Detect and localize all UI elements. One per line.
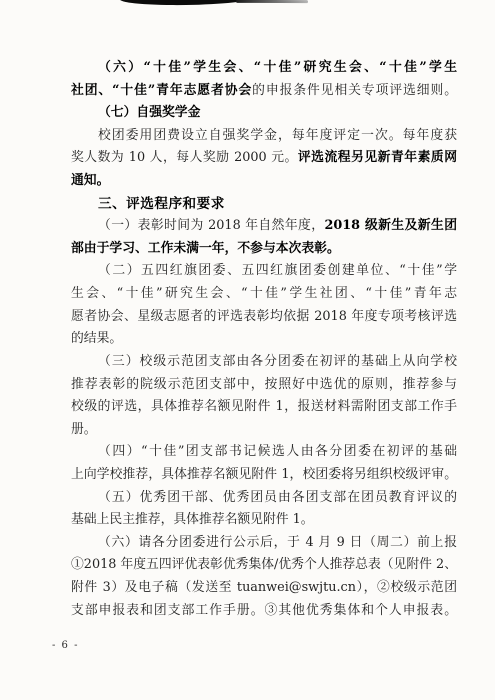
text-line: 部由于学习、工作未满一年，不参与本次表彰。: [71, 238, 457, 261]
section-heading: 三、评选程序和要求: [71, 193, 457, 216]
text-run: 推荐表彰的院级示范团支部中，按照好中选优的原则，推荐参与: [71, 377, 457, 392]
bold-text-run: 评选流程另见新青年素质网: [298, 150, 457, 165]
document-page: （六）“十佳”学生会、“十佳”研究生会、“十佳”学生社团、“十佳”青年志愿者协会…: [0, 0, 495, 700]
text-run: 校级的评选，具体推荐名额见附件 1，报送材料需附团支部工作手: [71, 399, 457, 414]
text-line: （一）表彰时间为 2018 年自然年度，2018 级新生及新生团支: [71, 215, 457, 238]
text-run: （五）优秀团干部、优秀团员由各团支部在团员教育评议的: [98, 490, 457, 505]
text-run: 的申报条件见相关专项评选细则。: [252, 83, 457, 98]
text-line: （七）自强奖学金: [71, 102, 457, 125]
text-run: 附件 3）及电子稿（发送至 tuanwei@swjtu.cn），②校级示范团: [71, 580, 457, 595]
text-line: 上向学校推荐，具体推荐名额见附件 1，校团委将另组织校级评审。: [71, 464, 457, 487]
text-line: 支部申报表和团支部工作手册。③其他优秀集体和个人申报表。: [71, 600, 457, 623]
text-line: 生会、“十佳”研究生会、“十佳”学生社团、“十佳”青年志: [71, 283, 457, 306]
text-run: （一）表彰时间为 2018 年自然年度，: [98, 218, 324, 233]
bold-text-run: 三、评选程序和要求: [98, 196, 225, 212]
text-line: 推荐表彰的院级示范团支部中，按照好中选优的原则，推荐参与: [71, 374, 457, 397]
text-line: 的结果。: [71, 328, 457, 351]
text-run: （六）请各分团委进行公示后，于 4 月 9 日（周二）前上报: [98, 535, 457, 550]
bold-text-run: 通知。: [71, 173, 109, 188]
text-run: 上向学校推荐，具体推荐名额见附件 1，校团委将另组织校级评审。: [71, 467, 457, 482]
text-line: 附件 3）及电子稿（发送至 tuanwei@swjtu.cn），②校级示范团: [71, 577, 457, 600]
text-line: 校团委用团费设立自强奖学金，每年度评定一次。每年度获: [71, 125, 457, 148]
text-line: （二）五四红旗团委、五四红旗团委创建单位、“十佳”学: [71, 260, 457, 283]
document-body: （六）“十佳”学生会、“十佳”研究生会、“十佳”学生社团、“十佳”青年志愿者协会…: [71, 57, 457, 622]
text-run: （二）五四红旗团委、五四红旗团委创建单位、“十佳”学: [98, 263, 457, 278]
scan-smudge-blob: [120, 0, 252, 6]
text-line: 基础上民主推荐，具体推荐名额见附件 1。: [71, 509, 457, 532]
text-run: 生会、“十佳”研究生会、“十佳”学生社团、“十佳”青年志: [71, 286, 457, 301]
text-line: 通知。: [71, 170, 457, 193]
text-run: （四）“十佳”团支部书记候选人由各分团委在初评的基础: [98, 444, 457, 459]
text-line: 校级的评选，具体推荐名额见附件 1，报送材料需附团支部工作手: [71, 396, 457, 419]
bold-text-run: （六）“十佳”学生会、“十佳”研究生会、“十佳”学生: [98, 60, 457, 75]
bold-text-run: （七）自强奖学金: [98, 105, 200, 120]
text-line: （三）校级示范团支部由各分团委在初评的基础上从向学校: [71, 351, 457, 374]
text-run: 愿者协会、星级志愿者的评选表彰均依据 2018 年度专项考核评选: [71, 309, 457, 324]
text-line: （五）优秀团干部、优秀团员由各团支部在团员教育评议的: [71, 487, 457, 510]
bold-text-run: 社团、“十佳”青年志愿者协会: [71, 83, 252, 98]
text-line: （四）“十佳”团支部书记候选人由各分团委在初评的基础: [71, 441, 457, 464]
text-line: 奖人数为 10 人，每人奖励 2000 元。评选流程另见新青年素质网: [71, 147, 457, 170]
text-run: 基础上民主推荐，具体推荐名额见附件 1。: [71, 512, 314, 527]
text-line: 册。: [71, 419, 457, 442]
text-run: 册。: [71, 422, 97, 437]
text-line: （六）“十佳”学生会、“十佳”研究生会、“十佳”学生: [71, 57, 457, 80]
scan-smudge-tail: [236, 0, 308, 3]
text-line: ①2018 年度五四评优表彰优秀集体/优秀个人推荐总表（见附件 2、: [71, 554, 457, 577]
text-run: 校团委用团费设立自强奖学金，每年度评定一次。每年度获: [98, 128, 457, 143]
bold-text-run: 部由于学习、工作未满一年，不参与本次表彰。: [71, 241, 340, 256]
text-run: 支部申报表和团支部工作手册。③其他优秀集体和个人申报表。: [71, 603, 457, 618]
text-run: 的结果。: [71, 331, 122, 346]
text-run: （三）校级示范团支部由各分团委在初评的基础上从向学校: [98, 354, 457, 369]
text-run: 奖人数为 10 人，每人奖励 2000 元。: [71, 150, 298, 165]
text-line: （六）请各分团委进行公示后，于 4 月 9 日（周二）前上报: [71, 532, 457, 555]
page-number: - 6 -: [52, 640, 79, 651]
text-line: 愿者协会、星级志愿者的评选表彰均依据 2018 年度专项考核评选: [71, 306, 457, 329]
text-line: 社团、“十佳”青年志愿者协会的申报条件见相关专项评选细则。: [71, 80, 457, 103]
text-run: ①2018 年度五四评优表彰优秀集体/优秀个人推荐总表（见附件 2、: [71, 557, 457, 572]
